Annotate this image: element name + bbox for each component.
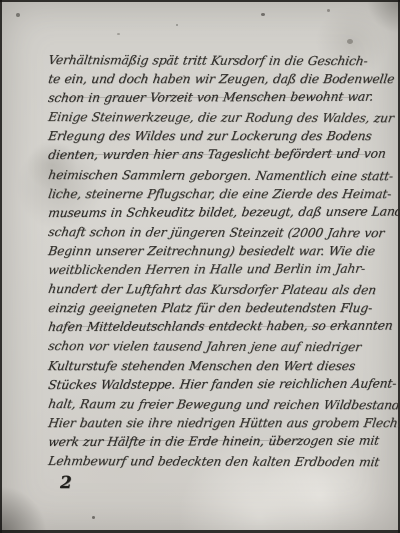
handwritten-line: werk zur Hälfte in die Erde hinein, über…	[47, 433, 400, 454]
handwritten-line: dienten, wurden hier ans Tageslicht befö…	[47, 147, 400, 168]
handwritten-line: Erlegung des Wildes und zur Lockerung de…	[47, 129, 400, 148]
paper-speck	[261, 13, 265, 16]
handwritten-line: Beginn unserer Zeitrechnung) besiedelt w…	[47, 244, 400, 263]
handwritten-line: museums in Schkeuditz bildet, bezeugt, d…	[47, 204, 400, 225]
handwritten-line: Lehmbewurf und bedeckten den kalten Erdb…	[47, 454, 400, 474]
handwritten-line: Stückes Waldsteppe. Hier fanden sie reic…	[47, 376, 400, 397]
paper-speck	[327, 9, 330, 12]
handwritten-line: hafen Mitteldeutschlands entdeckt haben,…	[47, 319, 400, 340]
page-number: 2	[60, 473, 72, 493]
handwritten-line: schaft schon in der jüngeren Steinzeit (…	[47, 225, 400, 245]
scan-edge-top	[0, 0, 400, 2]
paper-speck	[176, 24, 178, 26]
handwritten-line: hundert der Luftfahrt das Kursdorfer Pla…	[47, 282, 400, 302]
handwritten-line: schon in grauer Vorzeit von Menschen bew…	[47, 90, 400, 111]
handwritten-line: heimischen Sammlern geborgen. Namentlich…	[47, 168, 400, 188]
handwritten-line: Verhältnismäßig spät tritt Kursdorf in d…	[47, 53, 400, 73]
paper-speck	[16, 13, 20, 17]
handwritten-line: weitblickenden Herren in Halle und Berli…	[47, 262, 400, 283]
paper-speck	[117, 33, 120, 35]
handwritten-line: halt, Raum zu freier Bewegung und reiche…	[47, 397, 400, 417]
handwritten-line: Einige Steinwerkzeuge, die zur Rodung de…	[47, 110, 400, 130]
handwritten-text-block: Verhältnismäßig spät tritt Kursdorf in d…	[47, 53, 397, 473]
handwritten-line: einzig geeigneten Platz für den bedeuten…	[47, 301, 400, 320]
handwritten-line: schon vor vielen tausend Jahren jene auf…	[47, 339, 400, 359]
handwritten-line: te ein, und doch haben wir Zeugen, daß d…	[47, 72, 400, 91]
handwritten-line: Kulturstufe stehenden Menschen den Wert …	[47, 359, 400, 378]
scanned-page: Verhältnismäßig spät tritt Kursdorf in d…	[0, 0, 400, 533]
paper-speck	[92, 516, 95, 519]
handwritten-line: Hier bauten sie ihre niedrigen Hütten au…	[47, 416, 400, 435]
paper-speck	[347, 39, 353, 44]
scan-edge-left	[0, 0, 2, 533]
handwritten-line: liche, steinerne Pflugschar, die eine Zi…	[47, 187, 400, 206]
